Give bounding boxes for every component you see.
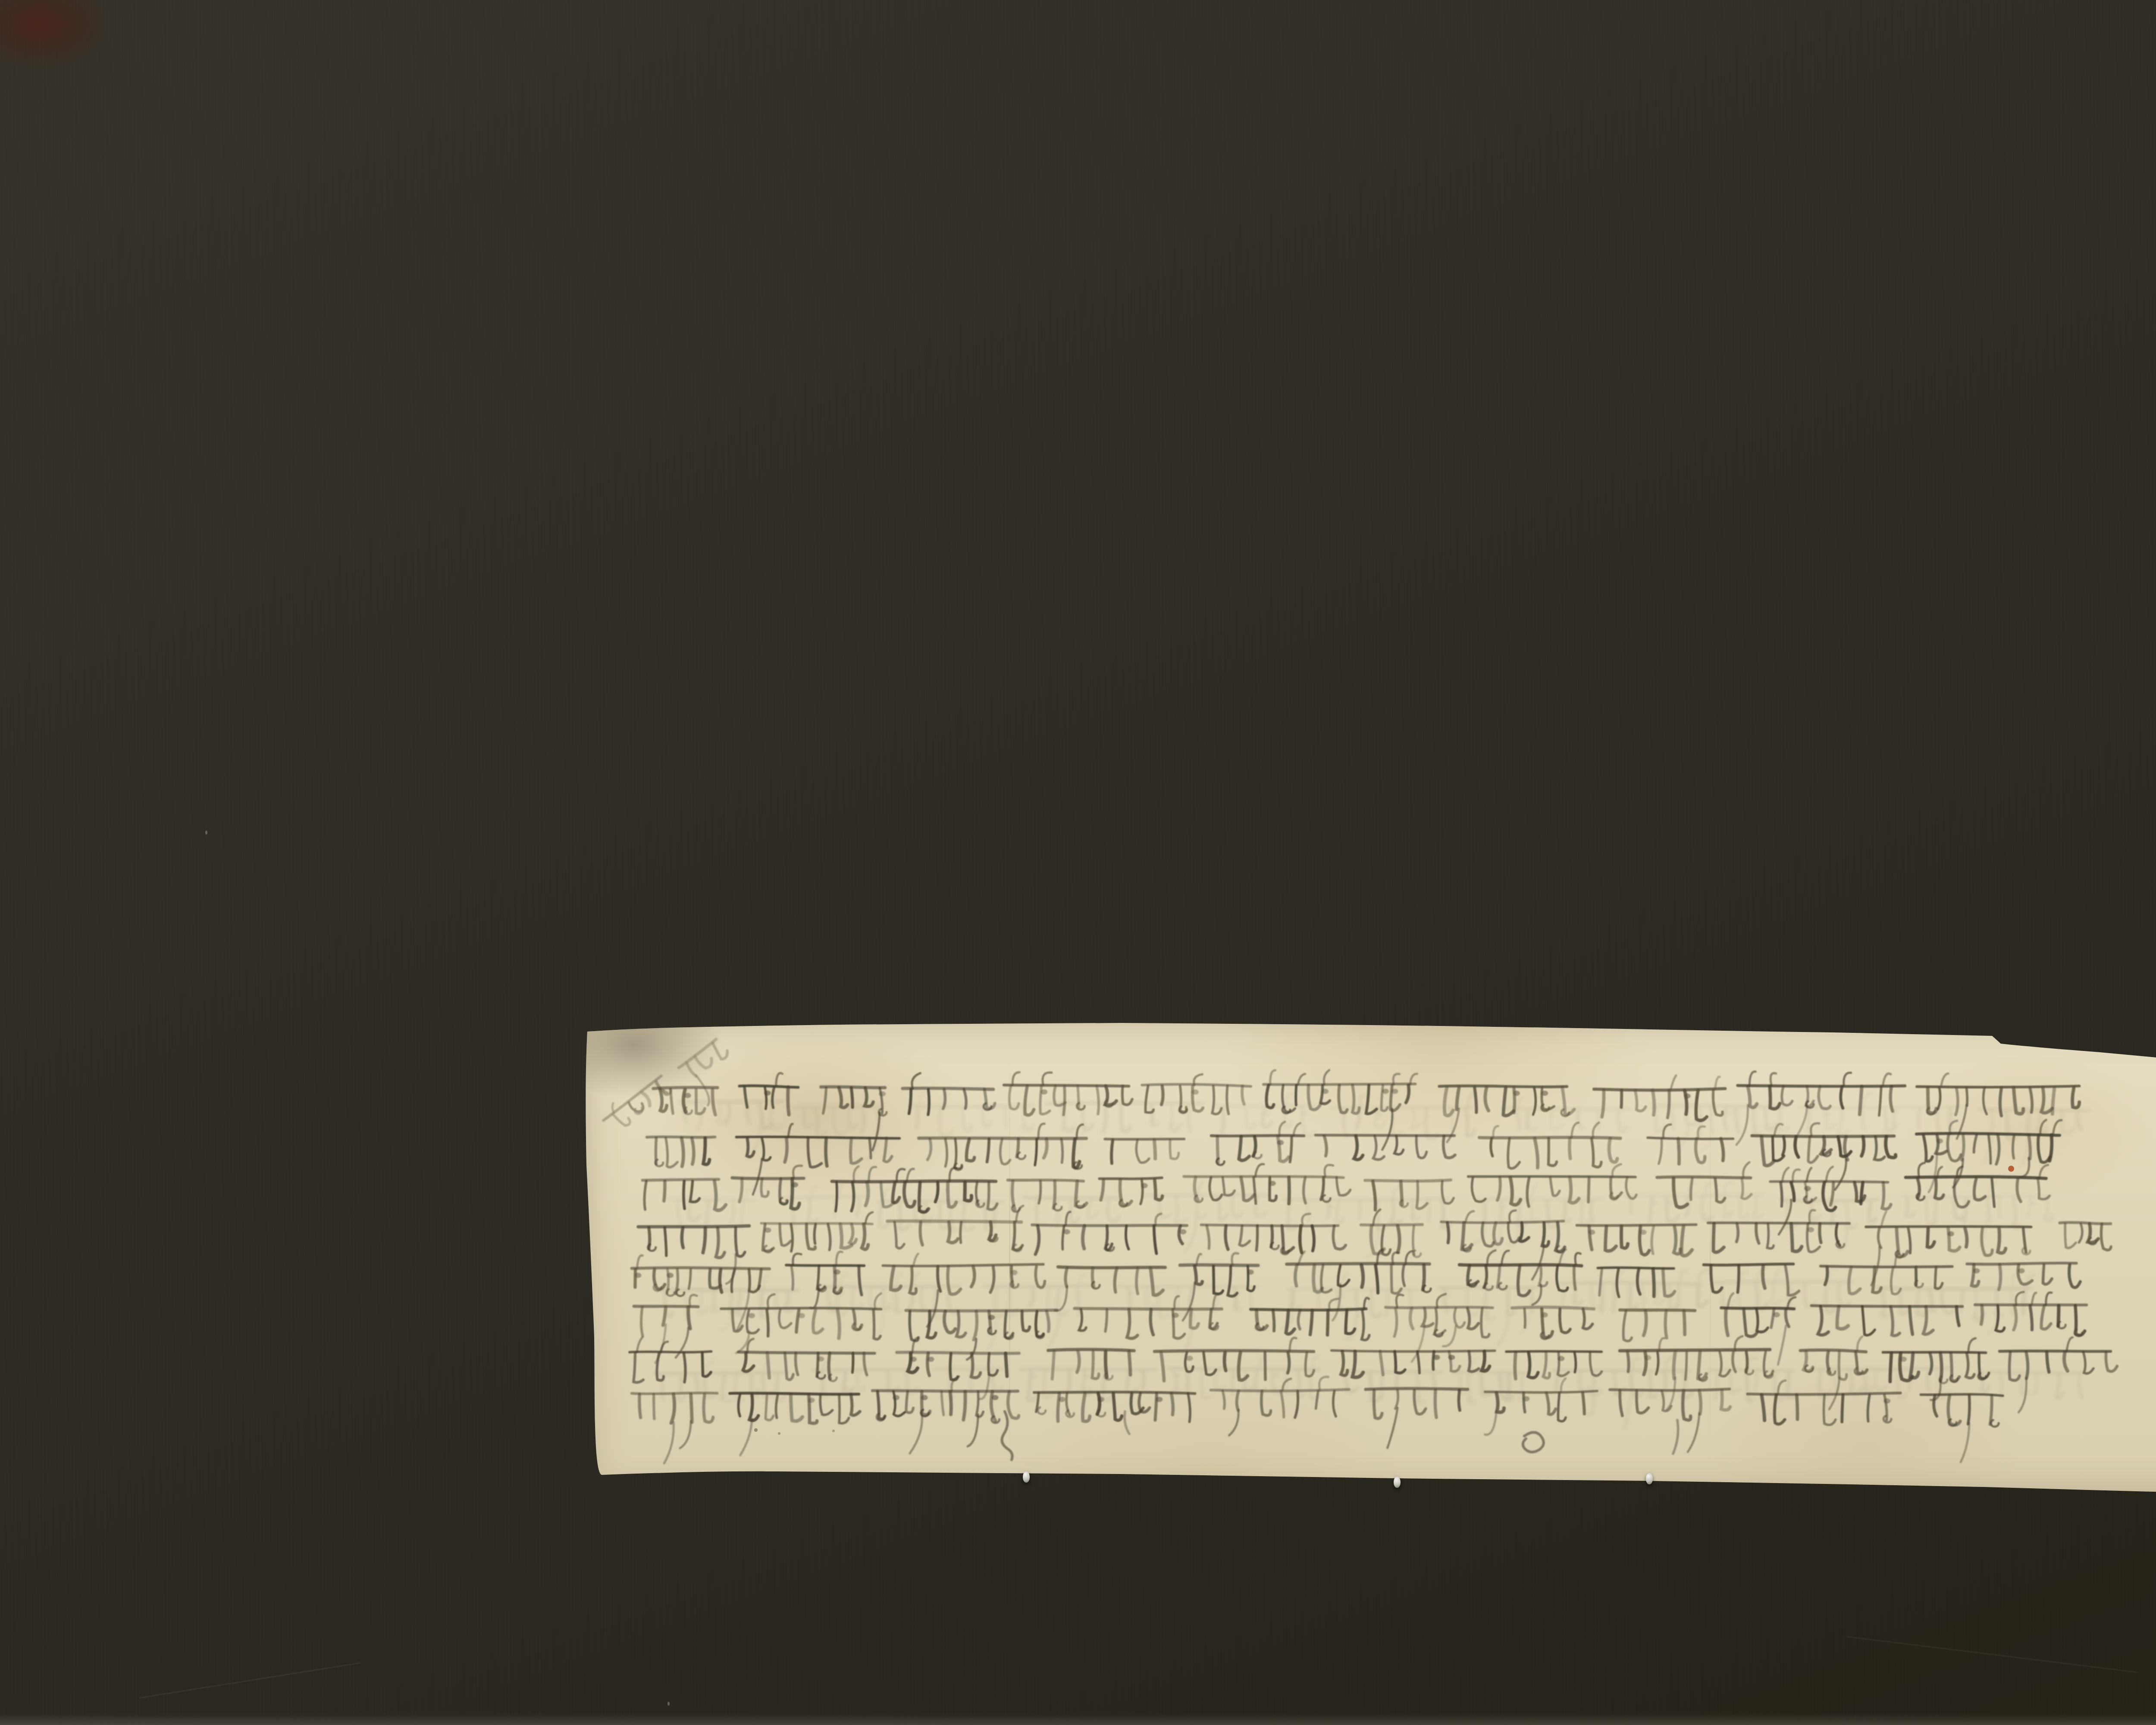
board-bottom-edge — [0, 1714, 2156, 1725]
manuscript-page: ওঁ নারায়ণ্যৈ নমঃ। ওঁ মাহেশ্বর্য্যৈ নমঃ।… — [584, 1021, 2156, 1496]
text-line-3: ওঁ ষং হ্রাং হ্রীং অসিতাঙ্গায় ভৈরবায় নম… — [637, 1166, 2101, 1214]
text-line-2: ওঁ বারাহ্যৈ নমঃ। ওঁ নরসিংহ্যৈ নমঃ। এতাসা… — [642, 1124, 2112, 1171]
pin — [1646, 1473, 1653, 1484]
dust-speck — [667, 1702, 670, 1706]
end-flourish-1 — [985, 1409, 1028, 1465]
pin — [1394, 1477, 1401, 1488]
text-line-5: ভৈরবায় নমঃ। ওঁ ভীষণায় ভৈরবায় নমঃ। ওঁ … — [627, 1252, 2118, 1300]
text-line-6: ষ্টপদ্মপুষ্করিণী-দ্বয়ং দেবো মহাকারণং প্… — [629, 1295, 2109, 1343]
dust-speck — [205, 831, 207, 834]
background-board: ওঁ নারায়ণ্যৈ নমঃ। ওঁ মাহেশ্বর্য্যৈ নমঃ।… — [0, 0, 2156, 1725]
text-line-1: ওঁ নারায়ণ্যৈ নমঃ। ওঁ মাহেশ্বর্য্যৈ নমঃ।… — [648, 1073, 2120, 1120]
marginal-note: কালীঘাটহ — [592, 1028, 734, 1127]
pin — [1023, 1471, 1030, 1483]
end-flourish-2 — [1516, 1422, 1563, 1470]
maroon-smudge — [0, 0, 181, 112]
text-line-8: বামসং ত্রিনেত্রং মুণ্ডস্রজং মুণ্ড মালা ব… — [627, 1378, 2008, 1426]
text-line-4: নমঃ। ওঁ ক্রং হ্রাং হ্রীং ক্রোধায় ভৈরবায… — [633, 1211, 2116, 1258]
